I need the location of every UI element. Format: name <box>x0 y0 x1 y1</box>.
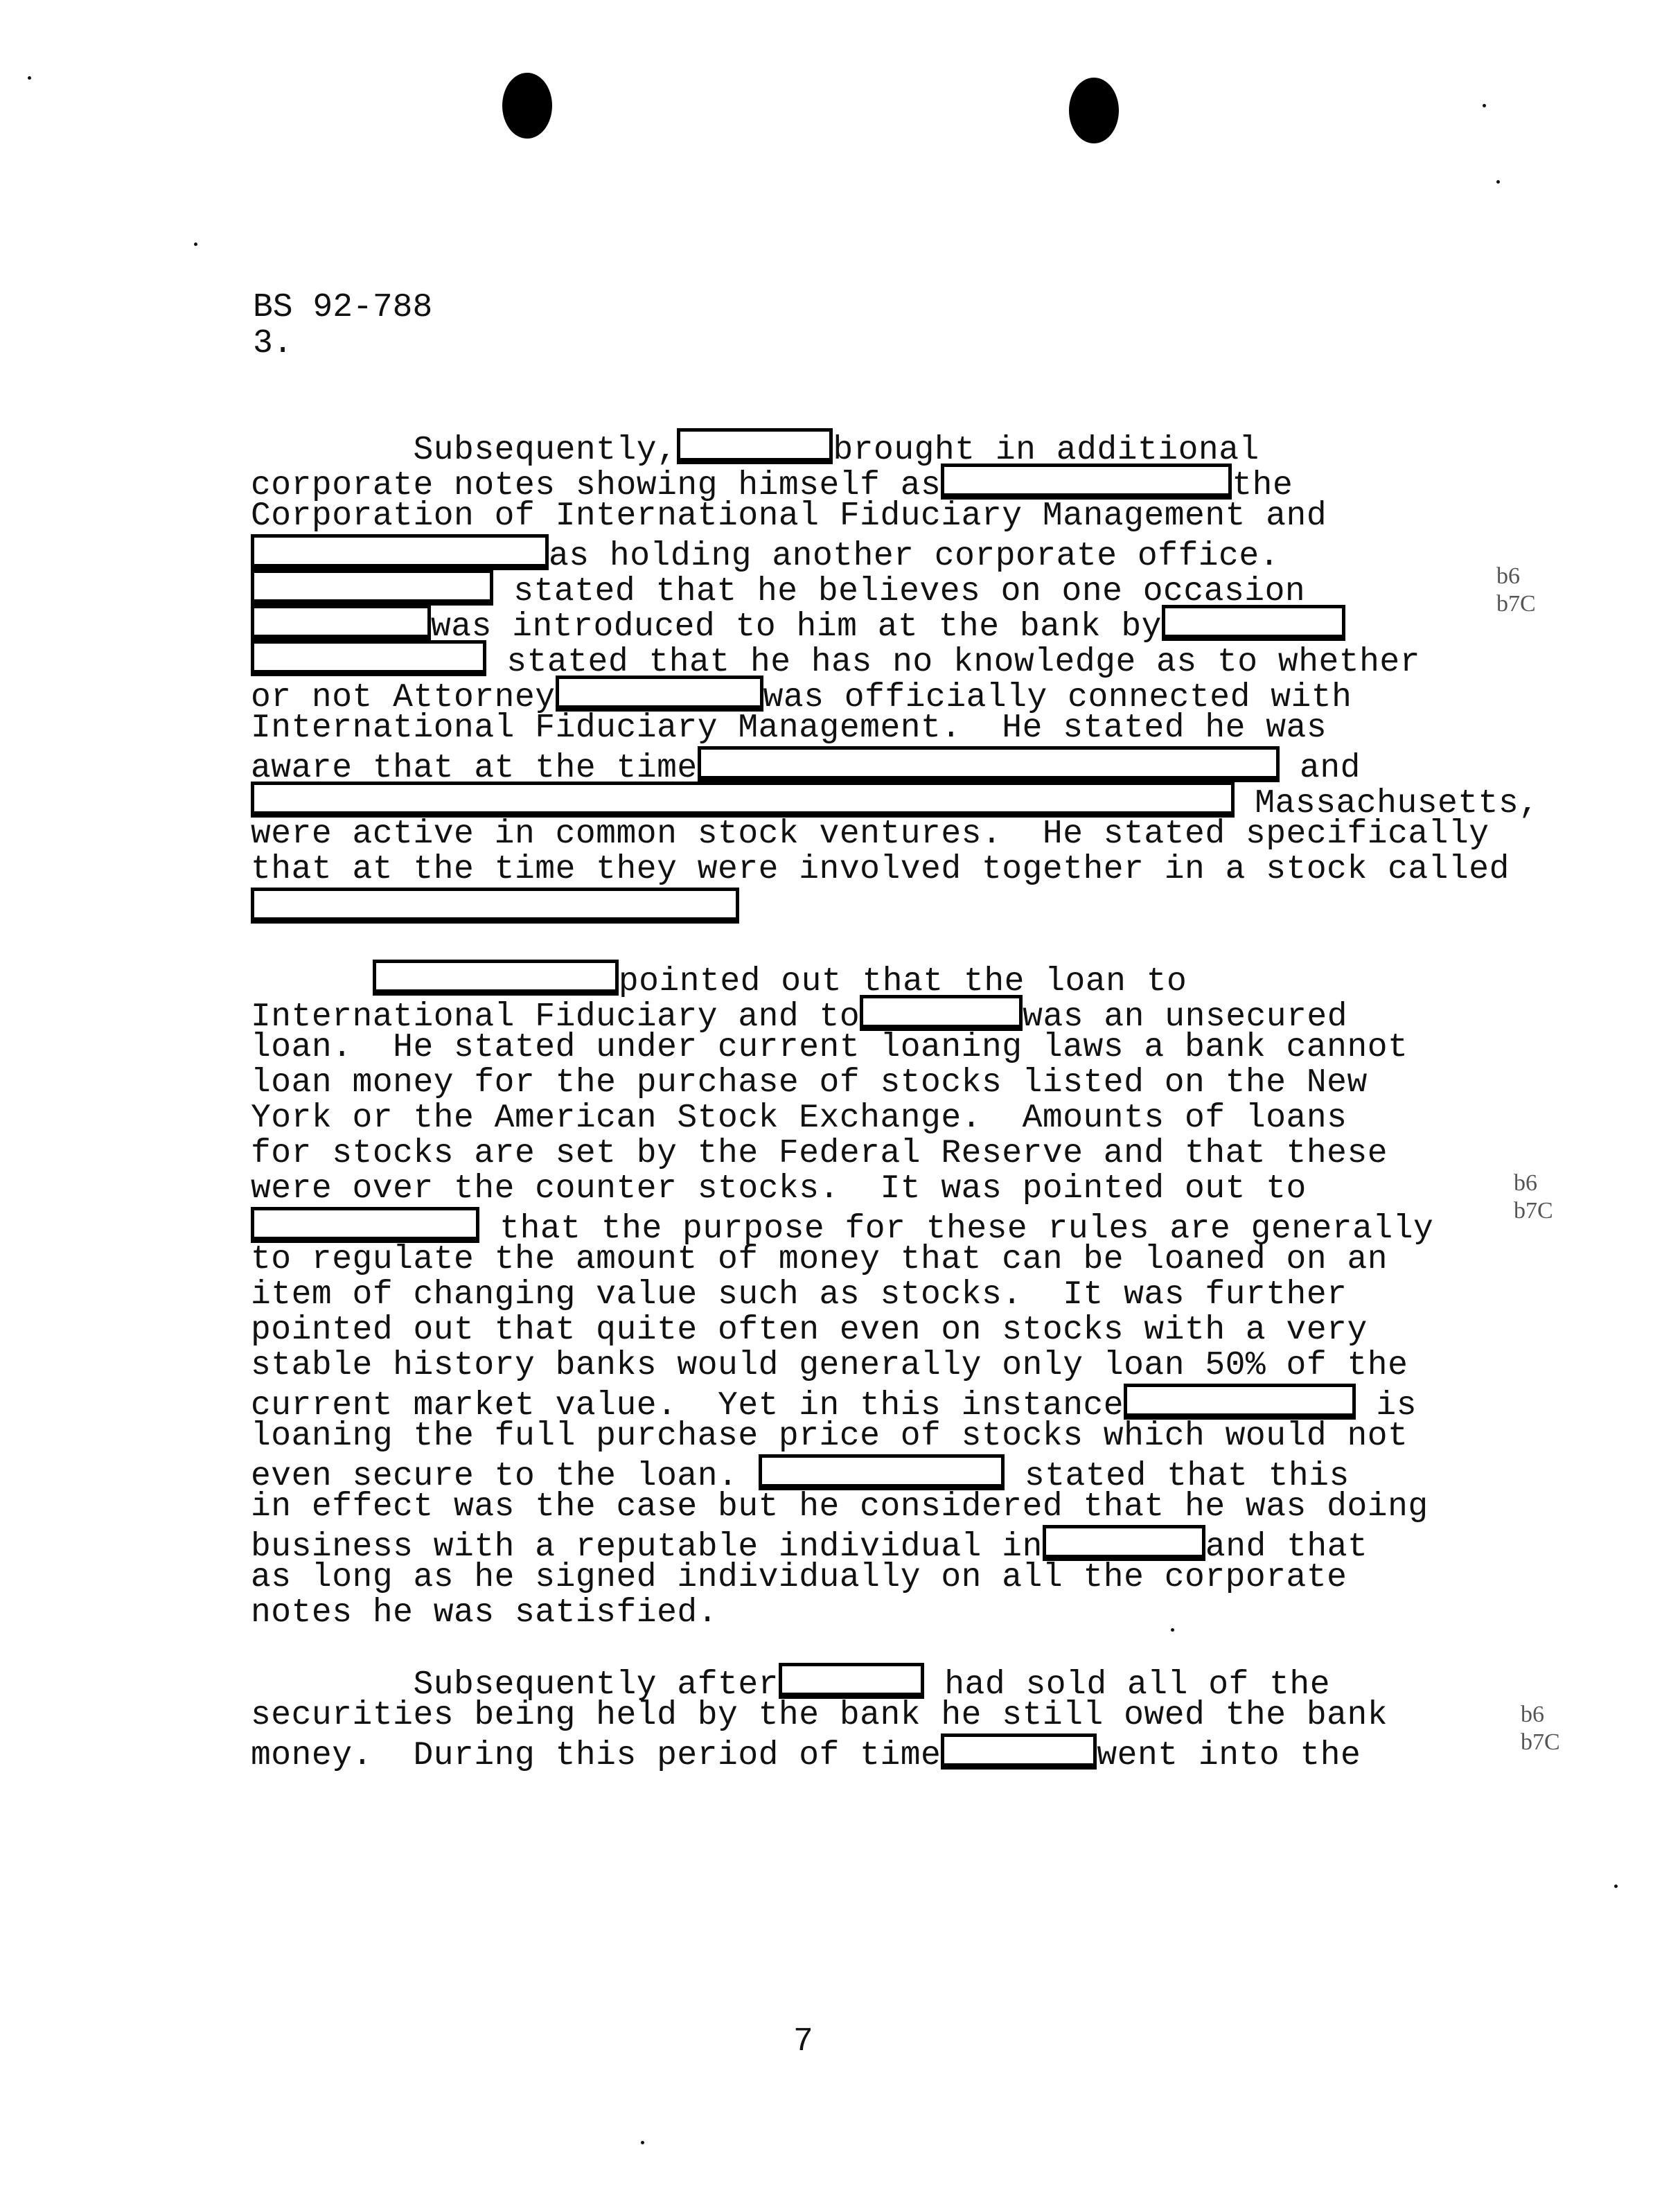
text-run: went into the <box>1097 1737 1361 1774</box>
redaction-box <box>251 888 739 924</box>
text-line: that at the time they were involved toge… <box>251 852 1567 888</box>
text-line: aware that at the time and <box>251 746 1567 782</box>
redaction-box <box>779 1663 924 1699</box>
text-line: was introduced to him at the bank by <box>251 605 1567 640</box>
text-run: in effect was the case but he considered… <box>251 1488 1429 1526</box>
redaction-box <box>251 1207 479 1243</box>
text-run: securities being held by the bank he sti… <box>251 1697 1388 1734</box>
text-line: stable history banks would generally onl… <box>251 1348 1567 1384</box>
text-run: International Fiduciary Management. He s… <box>251 709 1327 747</box>
text-line: money. During this period of timewent in… <box>251 1733 1567 1769</box>
text-line: item of changing value such as stocks. I… <box>251 1278 1567 1313</box>
redaction-box <box>1124 1384 1356 1420</box>
redaction-box <box>759 1454 1005 1490</box>
text-run: York or the American Stock Exchange. Amo… <box>251 1100 1347 1137</box>
text-run: money. During this period of time <box>251 1737 941 1774</box>
exemption-notation: b6 b7C <box>1521 1701 1560 1756</box>
text-run: loan money for the purchase of stocks li… <box>251 1064 1368 1102</box>
punch-hole <box>502 73 552 139</box>
scan-speck <box>28 76 31 80</box>
text-run: notes he was satisfied. <box>251 1594 718 1632</box>
redaction-box <box>373 960 619 996</box>
scan-speck <box>641 2141 644 2144</box>
redaction-box <box>941 464 1232 500</box>
text-run: loan. He stated under current loaning la… <box>251 1029 1408 1066</box>
exemption-notation: b6 b7C <box>1496 563 1536 618</box>
text-line: even secure to the loan. stated that thi… <box>251 1454 1567 1490</box>
text-line: pointed out that quite often even on sto… <box>251 1313 1567 1348</box>
text-line: or not Attorneywas officially connected … <box>251 676 1567 711</box>
text-line: stated that he has no knowledge as to wh… <box>251 640 1567 676</box>
page-number: 7 <box>793 2023 813 2061</box>
text-line: were active in common stock ventures. He… <box>251 817 1567 852</box>
scan-speck <box>1496 180 1500 184</box>
text-line: as long as he signed individually on all… <box>251 1560 1567 1596</box>
paragraph-2: pointed out that the loan toInternationa… <box>251 960 1567 1631</box>
text-run: loaning the full purchase price of stock… <box>251 1418 1408 1455</box>
paragraph-3: Subsequently after had sold all of these… <box>251 1663 1567 1769</box>
scan-speck <box>194 242 197 246</box>
text-line: York or the American Stock Exchange. Amo… <box>251 1101 1567 1136</box>
redaction-box <box>698 746 1280 782</box>
scan-speck <box>1483 104 1486 107</box>
text-line: to regulate the amount of money that can… <box>251 1242 1567 1278</box>
text-line: for stocks are set by the Federal Reserv… <box>251 1136 1567 1172</box>
file-number: BS 92-788 <box>253 290 432 326</box>
section-number: 3. <box>253 326 432 362</box>
text-line: business with a reputable individual ina… <box>251 1525 1567 1560</box>
text-run: Corporation of International Fiduciary M… <box>251 497 1327 535</box>
text-run: as long as he signed individually on all… <box>251 1559 1347 1596</box>
text-run: for stocks are set by the Federal Reserv… <box>251 1135 1388 1172</box>
text-line: Subsequently after had sold all of the <box>251 1663 1567 1698</box>
punch-hole <box>1069 78 1119 143</box>
text-line: Corporation of International Fiduciary M… <box>251 499 1567 534</box>
redaction-box <box>860 995 1023 1031</box>
text-line: notes he was satisfied. <box>251 1596 1567 1631</box>
document-header: BS 92-788 3. <box>253 290 432 362</box>
redaction-box <box>251 570 493 606</box>
redaction-box <box>1162 605 1345 641</box>
text-line: International Fiduciary and towas an uns… <box>251 995 1567 1030</box>
redaction-box <box>556 676 763 712</box>
text-line: loan money for the purchase of stocks li… <box>251 1066 1567 1101</box>
text-line <box>251 888 1567 923</box>
text-line: stated that he believes on one occasion <box>251 570 1567 605</box>
paragraph-1: Subsequently,brought in additionalcorpor… <box>251 428 1567 923</box>
text-line: loan. He stated under current loaning la… <box>251 1030 1567 1066</box>
text-line: corporate notes showing himself asthe <box>251 464 1567 499</box>
text-line: pointed out that the loan to <box>251 960 1567 995</box>
redaction-box <box>677 428 833 464</box>
scan-speck <box>1614 1885 1618 1888</box>
text-run: were active in common stock ventures. He… <box>251 815 1489 853</box>
exemption-notation: b6 b7C <box>1514 1170 1553 1225</box>
text-run: item of changing value such as stocks. I… <box>251 1276 1347 1314</box>
redaction-box <box>251 782 1235 818</box>
redaction-box <box>251 605 431 641</box>
redaction-box <box>251 534 549 570</box>
text-run: that at the time they were involved toge… <box>251 851 1510 888</box>
redaction-box <box>251 640 486 676</box>
text-line: Massachusetts, <box>251 782 1567 817</box>
text-line: were over the counter stocks. It was poi… <box>251 1172 1567 1207</box>
text-line: current market value. Yet in this instan… <box>251 1384 1567 1419</box>
text-line: that the purpose for these rules are gen… <box>251 1207 1567 1242</box>
text-run: pointed out that quite often even on sto… <box>251 1312 1368 1349</box>
redaction-box <box>941 1733 1097 1770</box>
text-line: International Fiduciary Management. He s… <box>251 711 1567 746</box>
document-page: BS 92-788 3. Subsequently,brought in add… <box>0 0 1680 2197</box>
text-run: stable history banks would generally onl… <box>251 1347 1408 1384</box>
redaction-box <box>1043 1525 1205 1561</box>
text-line: in effect was the case but he considered… <box>251 1490 1567 1525</box>
text-line: as holding another corporate office. <box>251 534 1567 570</box>
text-line: Subsequently,brought in additional <box>251 428 1567 464</box>
text-line: loaning the full purchase price of stock… <box>251 1419 1567 1454</box>
text-run: to regulate the amount of money that can… <box>251 1241 1388 1278</box>
text-run: were over the counter stocks. It was poi… <box>251 1170 1307 1208</box>
text-line: securities being held by the bank he sti… <box>251 1698 1567 1733</box>
